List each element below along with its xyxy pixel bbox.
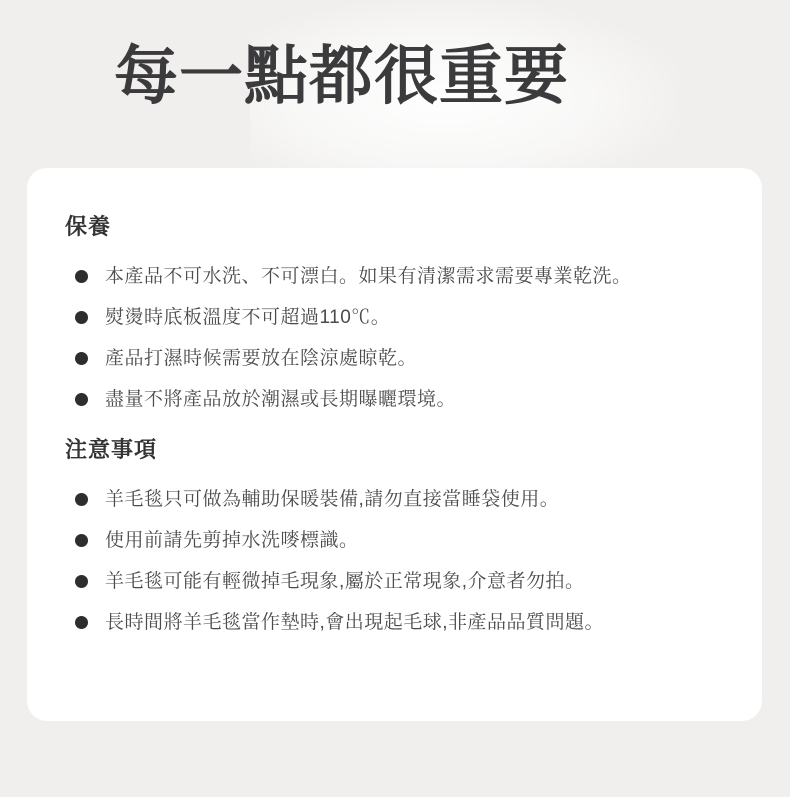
section-heading-notes: 注意事項 — [65, 437, 722, 462]
list-item: 使用前請先剪掉水洗嘜標識。 — [65, 529, 722, 552]
bullet-icon — [75, 616, 88, 629]
bullet-icon — [75, 270, 88, 283]
list-item: 熨燙時底板溫度不可超過110℃。 — [65, 306, 722, 329]
list-item-text: 羊毛毯只可做為輔助保暖裝備,請勿直接當睡袋使用。 — [105, 488, 559, 511]
bullet-icon — [75, 493, 88, 506]
list-item: 長時間將羊毛毯當作墊時,會出現起毛球,非產品品質問題。 — [65, 611, 722, 634]
care-instructions-card: 保養 本產品不可水洗、不可漂白。如果有清潔需求需要專業乾洗。 熨燙時底板溫度不可… — [27, 168, 762, 721]
list-item: 產品打濕時候需要放在陰涼處晾乾。 — [65, 347, 722, 370]
list-item-text: 羊毛毯可能有輕微掉毛現象,屬於正常現象,介意者勿拍。 — [105, 570, 585, 593]
list-item: 本產品不可水洗、不可漂白。如果有清潔需求需要專業乾洗。 — [65, 265, 722, 288]
list-item-text: 盡量不將產品放於潮濕或長期曝曬環境。 — [105, 388, 456, 411]
bullet-icon — [75, 534, 88, 547]
notes-bullet-list: 羊毛毯只可做為輔助保暖裝備,請勿直接當睡袋使用。 使用前請先剪掉水洗嘜標識。 羊… — [65, 488, 722, 634]
bullet-icon — [75, 393, 88, 406]
bullet-icon — [75, 575, 88, 588]
list-item-text: 長時間將羊毛毯當作墊時,會出現起毛球,非產品品質問題。 — [105, 611, 604, 634]
list-item-text: 熨燙時底板溫度不可超過110℃。 — [105, 306, 390, 329]
care-bullet-list: 本產品不可水洗、不可漂白。如果有清潔需求需要專業乾洗。 熨燙時底板溫度不可超過1… — [65, 265, 722, 411]
section-heading-care: 保養 — [65, 214, 722, 239]
bullet-icon — [75, 311, 88, 324]
list-item: 羊毛毯可能有輕微掉毛現象,屬於正常現象,介意者勿拍。 — [65, 570, 722, 593]
page-title: 每一點都很重要 — [0, 0, 790, 115]
list-item: 盡量不將產品放於潮濕或長期曝曬環境。 — [65, 388, 722, 411]
list-item: 羊毛毯只可做為輔助保暖裝備,請勿直接當睡袋使用。 — [65, 488, 722, 511]
bullet-icon — [75, 352, 88, 365]
list-item-text: 產品打濕時候需要放在陰涼處晾乾。 — [105, 347, 417, 370]
list-item-text: 本產品不可水洗、不可漂白。如果有清潔需求需要專業乾洗。 — [105, 265, 632, 288]
list-item-text: 使用前請先剪掉水洗嘜標識。 — [105, 529, 359, 552]
